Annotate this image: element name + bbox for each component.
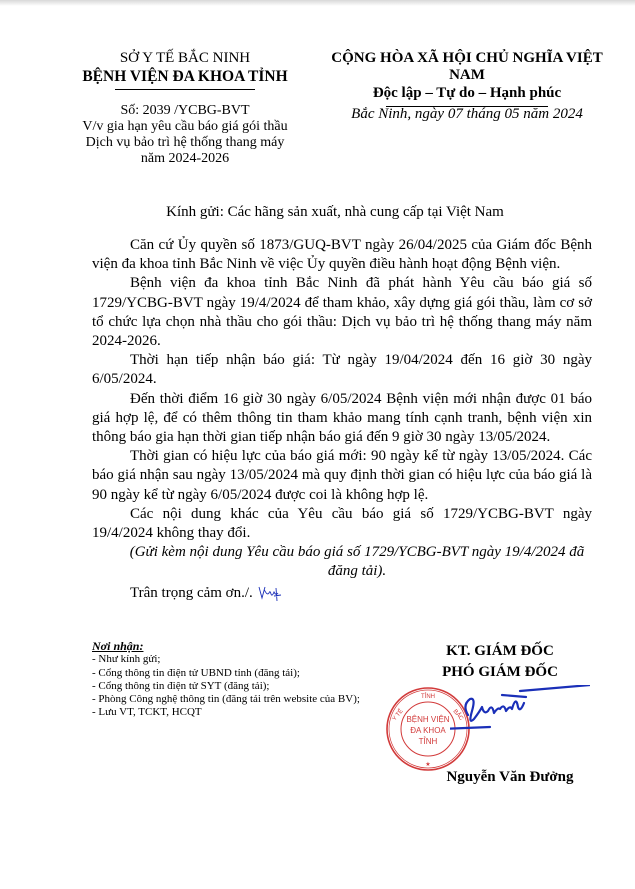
header-underline bbox=[115, 89, 255, 90]
handwritten-signature-icon bbox=[450, 685, 590, 745]
page-top-shadow bbox=[0, 0, 635, 6]
issuer-header: SỞ Y TẾ BẮC NINH BỆNH VIỆN ĐA KHOA TỈNH … bbox=[60, 50, 310, 167]
recipient-item: - Lưu VT, TCKT, HCQT bbox=[92, 706, 392, 719]
recipients-list: Nơi nhận: - Như kính gửi; - Cổng thông t… bbox=[92, 640, 392, 720]
initial-signature-icon bbox=[257, 584, 283, 602]
national-motto: Độc lập – Tự do – Hạnh phúc bbox=[322, 84, 612, 103]
recipient-item: - Cổng thông tin điện tử SYT (đăng tải); bbox=[92, 680, 392, 693]
signature-block: KT. GIÁM ĐỐC PHÓ GIÁM ĐỐC bbox=[400, 641, 600, 683]
recipient-item: - Cổng thông tin điện tử UBND tỉnh (đăng… bbox=[92, 667, 392, 680]
recipient-item: - Như kính gửi; bbox=[92, 653, 392, 666]
national-header: CỘNG HÒA XÃ HỘI CHỦ NGHĨA VIỆT NAM Độc l… bbox=[322, 50, 612, 107]
signer-name: Nguyễn Văn Đưởng bbox=[430, 769, 590, 786]
on-behalf-title: KT. GIÁM ĐỐC bbox=[400, 641, 600, 662]
body-paragraph: Các nội dung khác của Yêu cầu báo giá số… bbox=[92, 505, 592, 543]
department-name: SỞ Y TẾ BẮC NINH bbox=[60, 50, 310, 67]
organization-name: BỆNH VIỆN ĐA KHOA TỈNH bbox=[60, 67, 310, 86]
body-paragraph: Thời gian có hiệu lực của báo giá mới: 9… bbox=[92, 447, 592, 505]
letter-body: Căn cứ Ủy quyền số 1873/GUQ-BVT ngày 26/… bbox=[92, 236, 592, 603]
body-paragraph: Thời hạn tiếp nhận báo giá: Từ ngày 19/0… bbox=[92, 351, 592, 389]
attachment-note: (Gửi kèm nội dung Yêu cầu báo giá số 172… bbox=[92, 543, 592, 581]
closing-line: Trân trọng cảm ơn./. bbox=[92, 584, 592, 603]
addressee: Kính gửi: Các hãng sản xuất, nhà cung cấ… bbox=[60, 204, 610, 221]
svg-text:TỈNH: TỈNH bbox=[419, 737, 438, 746]
subject-line: V/v gia hạn yêu cầu báo giá gói thầu bbox=[60, 119, 310, 135]
svg-text:TỈNH: TỈNH bbox=[421, 693, 435, 700]
closing-text: Trân trọng cảm ơn./. bbox=[130, 585, 253, 601]
body-paragraph: Căn cứ Ủy quyền số 1873/GUQ-BVT ngày 26/… bbox=[92, 236, 592, 274]
body-paragraph: Đến thời điểm 16 giờ 30 ngày 6/05/2024 B… bbox=[92, 390, 592, 448]
document-number: Số: 2039 /YCBG-BVT bbox=[60, 103, 310, 119]
subject-line: năm 2024-2026 bbox=[60, 151, 310, 167]
recipient-item: - Phòng Công nghệ thông tin (đăng tải tr… bbox=[92, 693, 392, 706]
signer-position: PHÓ GIÁM ĐỐC bbox=[400, 662, 600, 683]
body-paragraph: Bệnh viện đa khoa tỉnh Bắc Ninh đã phát … bbox=[92, 274, 592, 351]
subject-line: Dịch vụ bảo trì hệ thống thang máy bbox=[60, 135, 310, 151]
svg-text:ĐA KHOA: ĐA KHOA bbox=[410, 726, 446, 735]
nation-title: CỘNG HÒA XÃ HỘI CHỦ NGHĨA VIỆT NAM bbox=[322, 50, 612, 84]
svg-text:★: ★ bbox=[425, 761, 430, 768]
recipients-title: Nơi nhận: bbox=[92, 640, 392, 653]
svg-text:BỆNH VIỆN: BỆNH VIỆN bbox=[406, 715, 449, 724]
document-reference: Số: 2039 /YCBG-BVT V/v gia hạn yêu cầu b… bbox=[60, 103, 310, 167]
place-date: Bắc Ninh, ngày 07 tháng 05 năm 2024 bbox=[322, 106, 612, 123]
